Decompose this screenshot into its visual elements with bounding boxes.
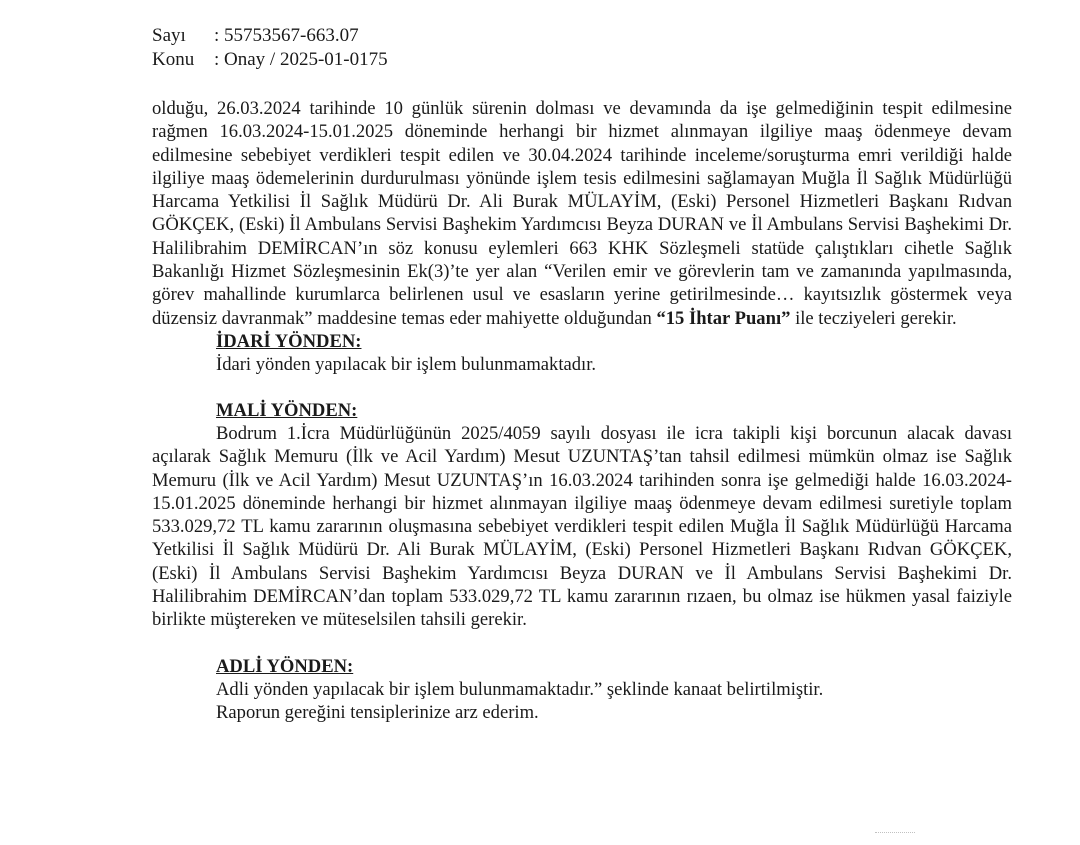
section-text-adli: Adli yönden yapılacak bir işlem bulunmam… — [152, 678, 1012, 701]
section-text-mali: Bodrum 1.İcra Müdürlüğünün 2025/4059 say… — [152, 422, 1012, 632]
sayi-label: Sayı — [152, 24, 214, 48]
closing-text: Raporun gereğini tensiplerinize arz eder… — [152, 701, 1012, 724]
paragraph-main-text: olduğu, 26.03.2024 tarihinde 10 günlük s… — [152, 98, 1012, 329]
sayi-value: : 55753567-663.07 — [214, 24, 359, 48]
penalty-text: “15 İhtar Puanı” — [656, 308, 790, 329]
paragraph-end-text: ile tecziyeleri gerekir. — [790, 308, 956, 329]
konu-value: : Onay / 2025-01-0175 — [214, 48, 388, 72]
section-title-mali: MALİ YÖNDEN: — [152, 399, 1012, 422]
section-title-idari: İDARİ YÖNDEN: — [152, 330, 1012, 353]
document-header: Sayı : 55753567-663.07 Konu : Onay / 202… — [152, 24, 388, 72]
section-title-adli: ADLİ YÖNDEN: — [152, 655, 1012, 678]
konu-row: Konu : Onay / 2025-01-0175 — [152, 48, 388, 72]
paragraph-disciplinary: olduğu, 26.03.2024 tarihinde 10 günlük s… — [152, 97, 1012, 330]
sayi-row: Sayı : 55753567-663.07 — [152, 24, 388, 48]
konu-label: Konu — [152, 48, 214, 72]
section-text-idari: İdari yönden yapılacak bir işlem bulunma… — [152, 353, 1012, 376]
document-body: olduğu, 26.03.2024 tarihinde 10 günlük s… — [152, 97, 1012, 724]
signature-mark — [875, 832, 915, 837]
spacer — [152, 632, 1012, 655]
spacer — [152, 376, 1012, 399]
